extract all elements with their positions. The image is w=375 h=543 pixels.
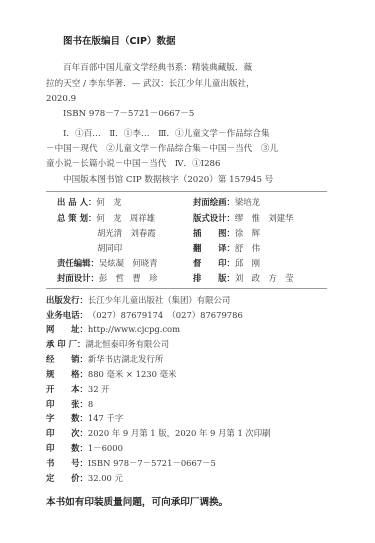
credit-value: 吴炫凝 何晓青 [99,258,158,268]
copyright-page: 图书在版编目（CIP）数据 百年百部中国儿童文学经典书系：精装典藏版．薇 拉的天… [0,0,375,543]
pub-print-run: 印 数：1－6000 [46,442,123,454]
credit-value: 邱 刚 [235,258,260,268]
pub-printer: 承 印 厂：湖北恒泰印务有限公司 [46,338,169,350]
divider-bottom [46,288,327,289]
credit-label: 翻 译： [193,242,235,254]
credit-label: 排 版： [193,272,235,284]
pub-label: 业务电话： [46,309,88,321]
credit-value: 何 龙 [96,197,121,207]
cip-title-line-2: 拉的天空 / 李东华著．— 武汉：长江少年儿童出版社， [46,76,255,92]
pub-size: 规 格：880 毫米 × 1230 毫米 [46,368,176,380]
credit-label: 封面设计： [57,272,99,284]
pub-value: （027）87679174 （027）87679786 [88,310,243,320]
cip-title-line-3: 2020.9 [46,91,76,107]
pub-label: 印 张： [46,398,88,410]
credit-right-0: 封面绘画：梁培龙 [193,196,260,208]
pub-value: 2020 年 9 月第 1 版，2020 年 9 月第 1 次印刷 [88,428,271,438]
credit-label: 封面绘画： [193,196,235,208]
pub-label: 经 销： [46,353,88,365]
pub-value: ISBN 978－7－5721－0667－5 [88,458,216,468]
pub-phone: 业务电话：（027）87679174 （027）87679786 [46,309,243,321]
pub-website: 网 址：http://www.cjcpg.com [46,323,180,335]
pub-value: 湖北恒泰印务有限公司 [85,339,169,349]
pub-label: 开 本： [46,383,88,395]
pub-label: 网 址： [46,323,88,335]
credit-value: 何 龙 周祥雄 [96,213,155,223]
pub-edition: 印 次：2020 年 9 月第 1 版，2020 年 9 月第 1 次印刷 [46,427,271,439]
pub-label: 出版发行： [46,294,88,306]
credit-label: 总 策 划： [57,212,96,224]
cip-class-line-3: 童小说－长篇小说－中国－当代 Ⅳ．①I286 [46,156,220,172]
credit-right-4: 督 印：邱 刚 [193,257,260,269]
credit-label: 责任编辑： [57,257,99,269]
credit-value: 梁培龙 [235,197,260,207]
pub-value: 880 毫米 × 1230 毫米 [88,369,176,379]
credit-left-4: 责任编辑：吴炫凝 何晓青 [57,257,158,269]
cip-isbn: ISBN 978－7－5721－0667－5 [63,106,194,122]
credit-right-2: 插 图：徐 辉 [193,227,260,239]
cip-class-line-2: －中国－现代 ②儿童文学－作品综合集－中国－当代 ③儿 [46,141,278,157]
credit-right-5: 排 版：刘 政 方 莹 [193,272,294,284]
credit-label: 督 印： [193,257,235,269]
cip-class-line-1: Ⅰ．①百… Ⅱ．①李… Ⅲ．①儿童文学－作品综合集 [63,126,270,142]
pub-value: 8 [88,399,93,409]
credit-value: 缪 惟 刘建华 [235,213,294,223]
pub-label: 定 价： [46,472,88,484]
pub-word-count: 字 数：147 千字 [46,412,123,424]
pub-value: 新华书店湖北发行所 [88,354,163,364]
pub-value: 32 开 [88,384,110,394]
pub-value: 147 千字 [88,413,123,423]
pub-sheets: 印 张：8 [46,398,93,410]
credit-left-2: 胡光清 刘春霞 [97,227,156,239]
credit-right-3: 翻 译：舒 伟 [193,242,260,254]
credit-value: 徐 辉 [235,228,260,238]
credit-left-0: 出 品 人：何 龙 [57,196,121,208]
pub-label: 印 数： [46,442,88,454]
cip-number: 中国版本图书馆 CIP 数据核字（2020）第 157945 号 [63,172,273,188]
pub-label: 承 印 厂： [46,338,85,350]
cip-title-line-1: 百年百部中国儿童文学经典书系：精装典藏版．薇 [63,60,252,76]
pub-price: 定 价：32.00 元 [46,472,123,484]
pub-value: 32.00 元 [88,473,123,483]
credit-left-3: 胡同印 [97,242,122,254]
pub-distributor: 经 销：新华书店湖北发行所 [46,353,163,365]
cip-heading: 图书在版编目（CIP）数据 [63,33,175,47]
pub-label: 规 格： [46,368,88,380]
credit-label: 出 品 人： [57,196,96,208]
pub-value: http://www.cjcpg.com [88,324,180,334]
credit-value: 胡光清 刘春霞 [97,228,156,238]
pub-label: 印 次： [46,427,88,439]
pub-value: 长江少年儿童出版社（集团）有限公司 [88,295,230,305]
credit-value: 彭 哲 曹 珍 [99,273,158,283]
credit-label: 版式设计： [193,212,235,224]
credit-right-1: 版式设计：缪 惟 刘建华 [193,212,294,224]
credit-label: 插 图： [193,227,235,239]
pub-publisher: 出版发行：长江少年儿童出版社（集团）有限公司 [46,294,230,306]
divider-top [46,191,327,192]
credit-left-5: 封面设计：彭 哲 曹 珍 [57,272,158,284]
credit-value: 刘 政 方 莹 [235,273,294,283]
pub-label: 字 数： [46,412,88,424]
pub-label: 书 号： [46,457,88,469]
credit-value: 舒 伟 [235,243,260,253]
pub-isbn: 书 号：ISBN 978－7－5721－0667－5 [46,457,216,469]
quality-notice: 本书如有印装质量问题，可向承印厂调换。 [46,494,228,508]
credit-left-1: 总 策 划：何 龙 周祥雄 [57,212,155,224]
pub-value: 1－6000 [88,443,123,453]
credit-value: 胡同印 [97,243,122,253]
pub-format: 开 本：32 开 [46,383,110,395]
